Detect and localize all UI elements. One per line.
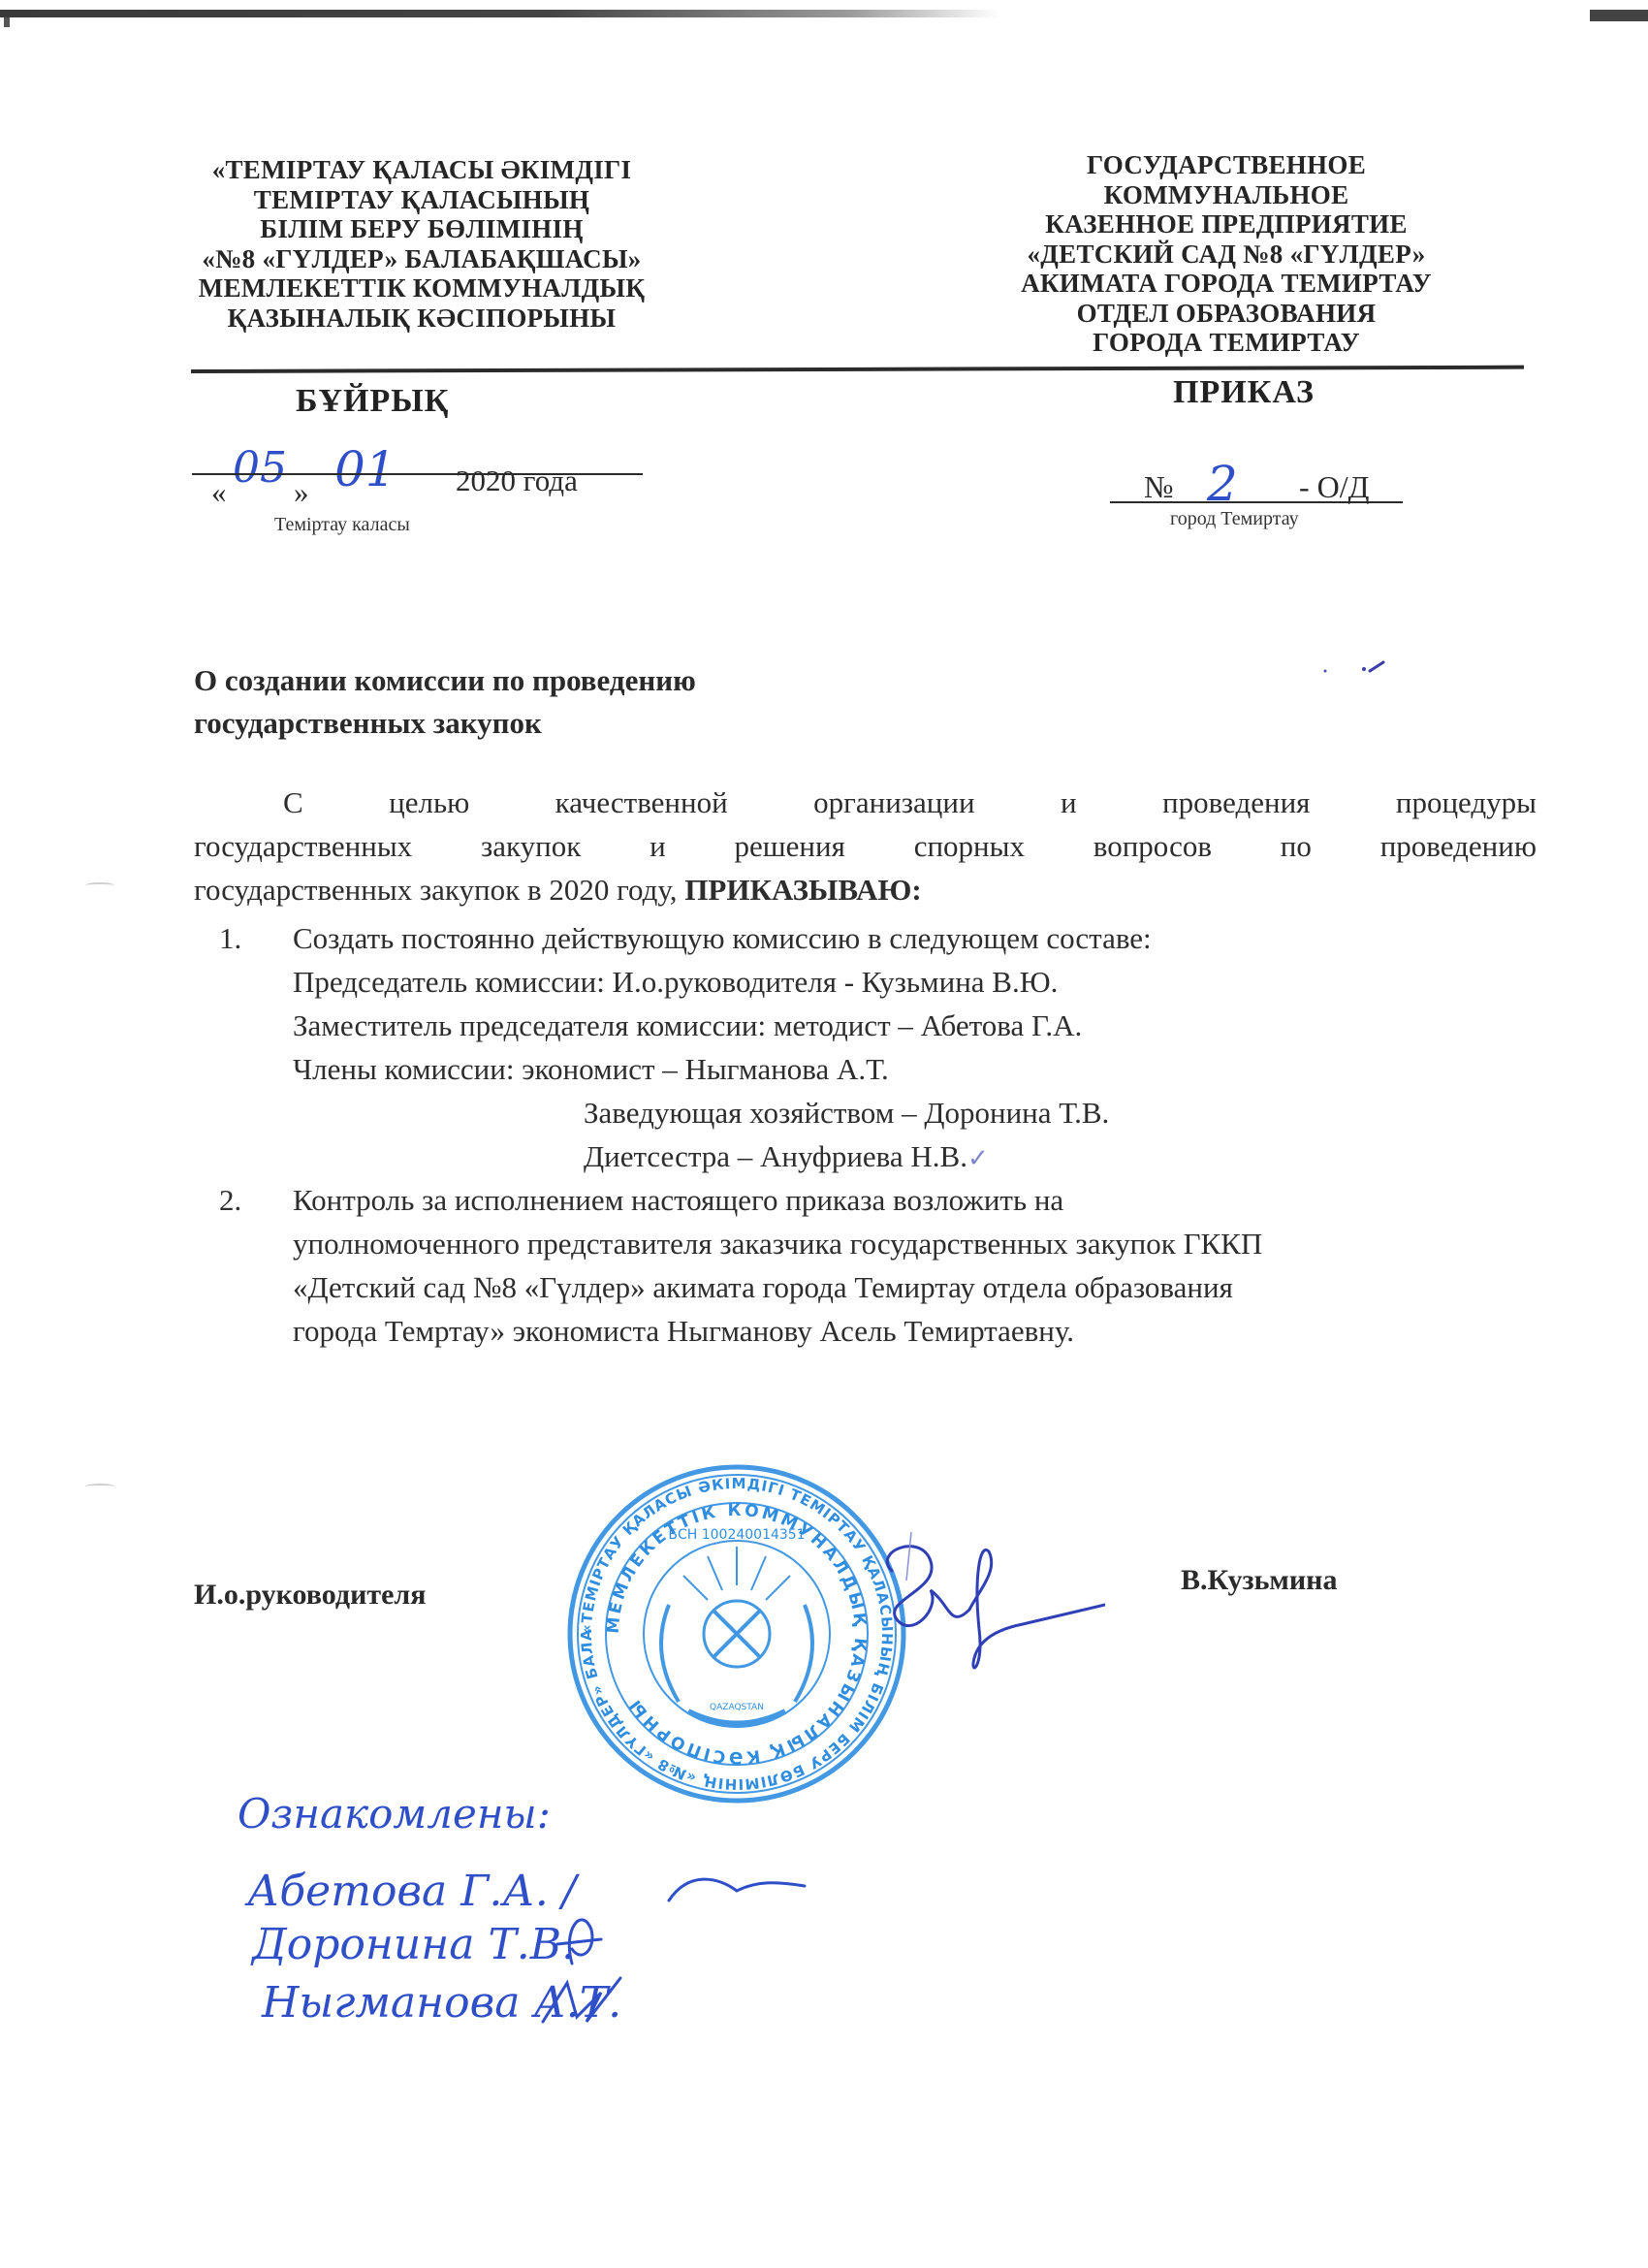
stamp-bin: БСН 100240014351 xyxy=(668,1527,805,1543)
order-number-handwritten: 2 xyxy=(1207,456,1238,512)
item-line: города Темртау» экономиста Ныгманову Асе… xyxy=(293,1309,1074,1353)
committee-member: Диетсестра – Ануфриева Н.В.✓ xyxy=(219,1134,1557,1178)
signatory-role: И.о.руководителя xyxy=(194,1579,426,1612)
scan-edge-artifact xyxy=(4,17,10,27)
letterhead-kazakh: «ТЕМІРТАУ ҚАЛАСЫ ӘКІМДІГІ ТЕМІРТАУ ҚАЛАС… xyxy=(189,155,654,333)
acknowledgement-handwritten: Ознакомлены: Абетова Г.А. / Доронина Т.В… xyxy=(233,1784,969,2036)
order-number-sign: № xyxy=(1144,469,1174,505)
order-number-underline xyxy=(1110,501,1403,503)
letterhead-line: «№8 «ГҮЛДЕР» БАЛАБАҚШАСЫ» xyxy=(189,244,654,274)
letterhead-line: БІЛІМ БЕРУ БӨЛІМІНІҢ xyxy=(189,214,654,244)
letterhead-line: ТЕМІРТАУ ҚАЛАСЫНЫҢ xyxy=(189,185,654,215)
check-mark-icon: ✓ xyxy=(967,1144,989,1172)
date-underline xyxy=(192,473,643,475)
preamble-line: государственных закупок в 2020 году, ПРИ… xyxy=(194,873,922,907)
initials-abetova xyxy=(669,1879,805,1901)
letterhead-line: МЕМЛЕКЕТТІК КОММУНАЛДЫҚ xyxy=(189,273,654,303)
preamble-text: государственных закупок в 2020 году, xyxy=(194,873,684,907)
item-continuation: уполномоченного представителя заказчика … xyxy=(219,1222,1557,1265)
preamble-paragraph: С целью качественной организации и прове… xyxy=(194,781,1537,911)
list-item-2: 2. Контроль за исполнением настоящего пр… xyxy=(219,1178,1557,1222)
scan-edge-artifact xyxy=(1590,10,1648,21)
item-continuation: города Темртау» экономиста Ныгманову Асе… xyxy=(219,1309,1557,1353)
signatory-name: В.Кузьмина xyxy=(1181,1564,1337,1597)
item-line: уполномоченного представителя заказчика … xyxy=(293,1222,1262,1265)
letterhead-line: ГОРОДА ТЕМИРТАУ xyxy=(974,328,1478,358)
order-items: 1. Создать постоянно действующую комисси… xyxy=(219,916,1557,1353)
subject-line: О создании комиссии по проведению xyxy=(194,659,696,702)
pen-mark-icon xyxy=(1314,659,1391,679)
committee-member: Заведующая хозяйством – Доронина Т.В. xyxy=(219,1091,1557,1134)
scan-punch-mark xyxy=(85,1484,114,1489)
committee-deputy: Заместитель председателя комиссии: метод… xyxy=(219,1004,1557,1047)
letterhead-line: АКИМАТА ГОРОДА ТЕМИРТАУ xyxy=(974,269,1478,299)
item-line: Создать постоянно действующую комиссию в… xyxy=(293,916,1152,960)
list-item-1: 1. Создать постоянно действующую комисси… xyxy=(219,916,1557,960)
city-russian: город Темиртау xyxy=(1170,508,1299,530)
scan-edge-artifact xyxy=(0,10,998,17)
letterhead-line: КАЗЕННОЕ ПРЕДПРИЯТИЕ xyxy=(974,209,1478,240)
letterhead-divider xyxy=(191,366,1524,373)
order-command: ПРИКАЗЫВАЮ: xyxy=(684,873,921,907)
letterhead-line: КОММУНАЛЬНОЕ xyxy=(974,180,1478,210)
ack-entry: Доронина Т.В. xyxy=(250,1920,575,1969)
date-year: 2020 года xyxy=(456,463,578,498)
item-line: Члены комиссии: экономист – Ныгманова А.… xyxy=(293,1047,889,1091)
date-day-handwritten: 05 xyxy=(233,443,287,493)
item-line: Заведующая хозяйством – Доронина Т.В. xyxy=(584,1091,1109,1134)
order-title-kazakh: БҰЙРЫҚ xyxy=(296,383,449,420)
letterhead-line: «ДЕТСКИЙ САД №8 «ГҮЛДЕР» xyxy=(974,240,1478,270)
scan-punch-mark xyxy=(85,882,114,888)
letterhead-line: «ТЕМІРТАУ ҚАЛАСЫ ӘКІМДІГІ xyxy=(189,155,654,185)
date-month-handwritten: 01 xyxy=(334,441,396,497)
handwritten-signature-icon xyxy=(853,1513,1105,1707)
letterhead-line: ОТДЕЛ ОБРАЗОВАНИЯ xyxy=(974,299,1478,329)
ack-heading: Ознакомлены: xyxy=(238,1790,551,1837)
letterhead-line: ҚАЗЫНАЛЫҚ КӘСІПОРЫНЫ xyxy=(189,303,654,334)
item-line: Заместитель председателя комиссии: метод… xyxy=(293,1004,1082,1047)
date-open-quote: « xyxy=(211,475,227,510)
letterhead-russian: ГОСУДАРСТВЕННОЕ КОММУНАЛЬНОЕ КАЗЕННОЕ ПР… xyxy=(974,150,1478,358)
item-line: «Детский сад №8 «Гүлдер» акимата города … xyxy=(293,1265,1233,1309)
preamble-line: государственных закупок и решения спорны… xyxy=(194,824,1537,868)
item-continuation: «Детский сад №8 «Гүлдер» акимата города … xyxy=(219,1265,1557,1309)
order-number-suffix: - О/Д xyxy=(1299,469,1369,505)
item-number: 1. xyxy=(219,916,241,960)
preamble-line: С целью качественной организации и прове… xyxy=(194,781,1537,824)
date-close-quote: » xyxy=(294,475,309,510)
subject-line: государственных закупок xyxy=(194,702,696,745)
item-line: Председатель комиссии: И.о.руководителя … xyxy=(293,960,1058,1004)
city-kazakh: Теміртау каласы xyxy=(274,514,410,536)
item-line: Контроль за исполнением настоящего прика… xyxy=(293,1178,1063,1222)
stamp-emblem-label: QAZAQSTAN xyxy=(710,1703,764,1712)
item-number: 2. xyxy=(219,1178,241,1222)
order-title-russian: ПРИКАЗ xyxy=(1173,374,1315,411)
committee-member: Члены комиссии: экономист – Ныгманова А.… xyxy=(219,1047,1557,1091)
member-text: Диетсестра – Ануфриева Н.В. xyxy=(584,1139,967,1173)
order-subject: О создании комиссии по проведению госуда… xyxy=(194,659,696,745)
letterhead-line: ГОСУДАРСТВЕННОЕ xyxy=(974,150,1478,180)
ack-entry: Абетова Г.А. / xyxy=(244,1867,581,1916)
item-line: Диетсестра – Ануфриева Н.В.✓ xyxy=(584,1134,989,1180)
committee-chair: Председатель комиссии: И.о.руководителя … xyxy=(219,960,1557,1004)
